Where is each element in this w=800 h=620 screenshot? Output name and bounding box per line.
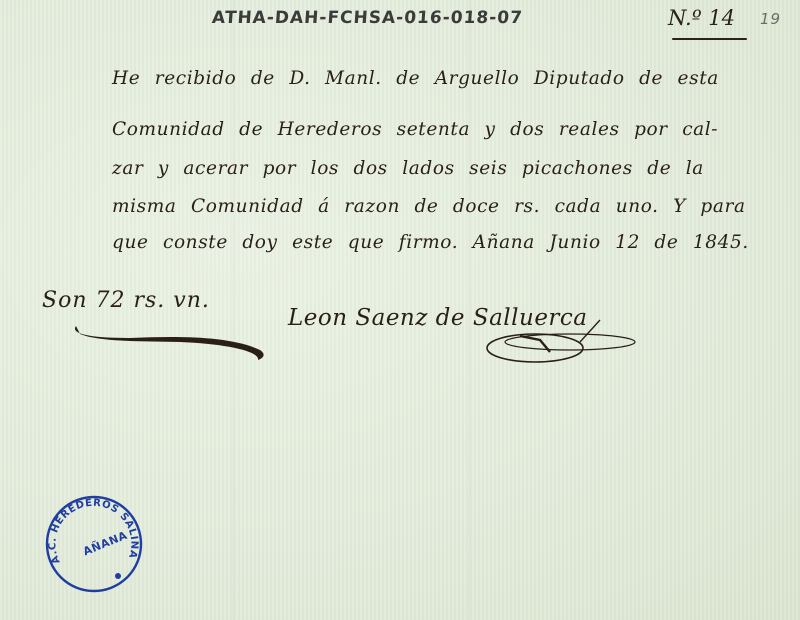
archive-reference: ATHA-DAH-FCHSA-016-018-07	[211, 8, 523, 28]
document-number: N.º 14	[668, 6, 735, 30]
body-line-3: zar y acerar por los dos lados seis pica…	[112, 158, 704, 179]
body-line-5: que conste doy este que firmo. Añana Jun…	[112, 232, 749, 253]
paper-fold	[232, 0, 235, 620]
folio-number: 19	[760, 10, 781, 28]
amount-text: Son 72 rs. vn.	[42, 288, 210, 313]
body-line-4: misma Comunidad á razon de doce rs. cada…	[112, 196, 746, 217]
signature-flourish-icon	[480, 312, 640, 372]
scanned-document: ATHA-DAH-FCHSA-016-018-07 N.º 14 19 He r…	[0, 0, 800, 620]
document-number-underline	[672, 38, 747, 40]
body-line-2: Comunidad de Herederos setenta y dos rea…	[112, 119, 718, 140]
body-line-1: He recibido de D. Manl. de Arguello Dipu…	[112, 68, 719, 89]
amount-flourish-icon	[70, 320, 270, 360]
